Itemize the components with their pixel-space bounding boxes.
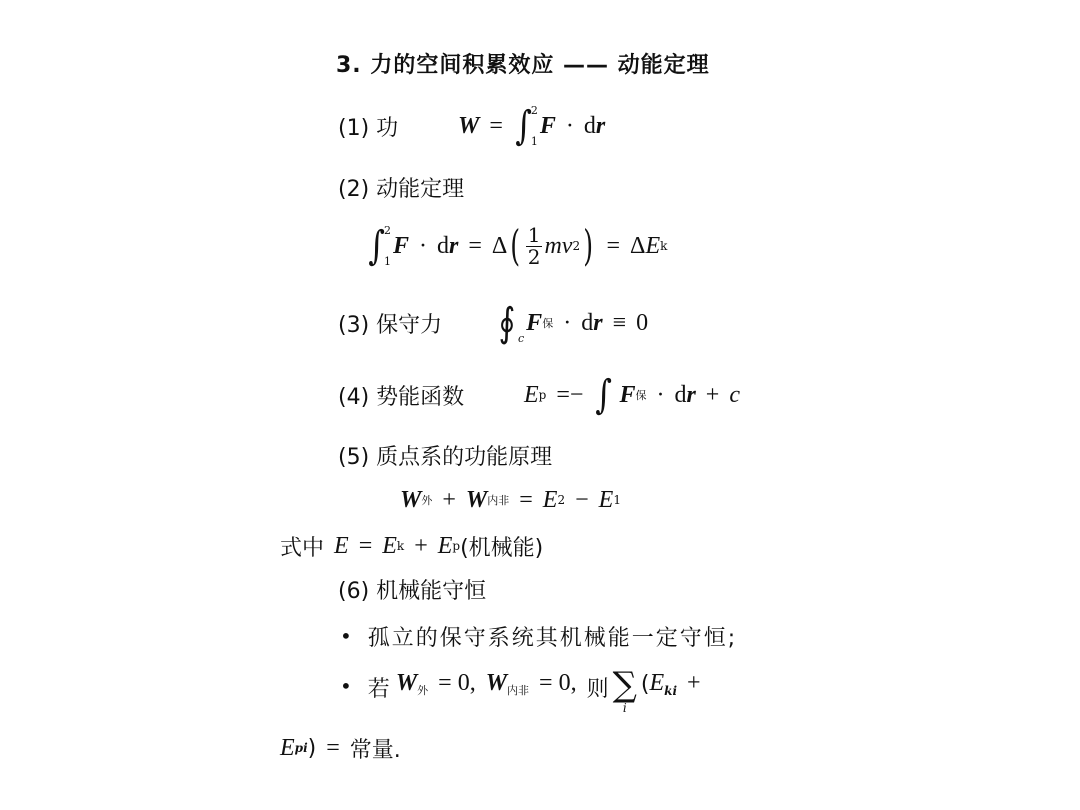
bullet-item: • 若 W外 = 0, W内非 = 0, 则 ∑ i ( Eki + [340, 668, 711, 728]
item-potential-energy: (4) 势能函数 Ep =− ∫ F保 · d r + c [338, 368, 740, 422]
plus-sign: + [442, 487, 456, 514]
constant-c: c [729, 382, 740, 409]
equals-sign: = [468, 233, 482, 260]
item-label: (1) 功 [338, 111, 458, 142]
var-W: W [486, 670, 507, 697]
sigma-icon: ∑ [613, 668, 637, 702]
var-E: E [382, 533, 397, 560]
var-W: W [396, 670, 417, 697]
bullet-text: 孤立的保守系统其机械能一定守恒; [368, 621, 737, 652]
equals-sign: = [606, 233, 620, 260]
var-E: E [599, 487, 614, 514]
integral-icon: ∫ [368, 226, 386, 266]
item-conservative-force: (3) 保守力 ∮ c F保 · d r ≡ 0 [338, 296, 648, 350]
numerator: 1 [526, 225, 543, 247]
text-then: 则 [587, 672, 609, 703]
vector-r: r [449, 233, 458, 260]
equals-sign: = [359, 533, 373, 560]
dot-operator: · [419, 233, 427, 260]
delta-symbol: Δ [492, 233, 507, 260]
item-label: (3) 保守力 [338, 308, 496, 339]
right-paren: ) [583, 225, 593, 267]
subscript-pi: pi [295, 741, 308, 755]
var-mv: mv [544, 233, 572, 260]
note-prefix: 式中 [280, 531, 324, 562]
subscript-conservative: 保 [542, 315, 553, 331]
var-E: E [649, 670, 664, 697]
subscript-1: 1 [613, 493, 621, 507]
bullet-continuation: Epi ) = 常量. [280, 730, 401, 766]
exponent: 2 [572, 239, 580, 253]
right-paren: ) [308, 736, 317, 761]
sum-index: i [623, 702, 627, 714]
differential-d: d [581, 310, 593, 337]
delta-symbol: Δ [630, 233, 645, 260]
equals-zero: = 0, [438, 670, 476, 697]
var-E: E [334, 533, 349, 560]
dot-operator: · [563, 310, 571, 337]
left-paren: ( [511, 225, 521, 267]
subscript-p: p [539, 388, 547, 402]
identical-sign: ≡ [613, 310, 627, 337]
vector-F: F [393, 233, 409, 260]
equals-minus: =− [556, 382, 583, 409]
equals-zero: = 0, [539, 670, 577, 697]
summation: ∑ i [613, 668, 637, 714]
equals-sign: = [489, 113, 503, 140]
zero: 0 [636, 310, 648, 337]
differential-d: d [674, 382, 686, 409]
vector-F: F [540, 113, 556, 140]
text-if: 若 [368, 672, 390, 703]
var-E: E [645, 233, 660, 260]
dot-operator: · [656, 382, 664, 409]
dot-operator: · [566, 113, 574, 140]
subscript-conservative: 保 [635, 387, 646, 403]
var-E: E [543, 487, 558, 514]
subscript-ki: ki [664, 684, 677, 698]
plus-sign: + [706, 382, 720, 409]
subscript-k: k [660, 239, 667, 253]
integral-icon: ∫ [596, 375, 614, 415]
subscript-external: 外 [417, 682, 428, 698]
bullet-icon: • [340, 624, 352, 648]
plus-sign: + [414, 533, 428, 560]
item-work: (1) 功 W = ∫ 2 1 F · d r [338, 100, 605, 152]
formula-work-energy: W外 + W内非 = E2 − E1 [400, 482, 621, 518]
var-E: E [524, 382, 539, 409]
item-label: (2) 动能定理 [338, 172, 464, 203]
subscript-internal-nonconservative: 内非 [487, 492, 509, 508]
subscript-2: 2 [557, 493, 565, 507]
note-mechanical-energy: 式中 E = Ek + Ep (机械能) [280, 528, 543, 564]
integral-icon: ∫ [515, 106, 533, 146]
var-E: E [280, 735, 295, 762]
vector-r: r [593, 310, 602, 337]
var-E: E [438, 533, 453, 560]
minus-sign: − [575, 487, 589, 514]
vector-r: r [596, 113, 605, 140]
item-label: (5) 质点系的功能原理 [338, 440, 552, 471]
item-label: (4) 势能函数 [338, 380, 524, 411]
var-W: W [466, 487, 487, 514]
denominator: 2 [528, 247, 541, 268]
plus-sign: + [687, 670, 701, 697]
var-W: W [458, 113, 479, 140]
vector-F: F [526, 310, 542, 337]
subscript-p: p [452, 539, 460, 553]
formula-kinetic-theorem: ∫ 2 1 F · d r = Δ ( 1 2 mv2 ) = Δ Ek [366, 218, 667, 274]
differential-d: d [584, 113, 596, 140]
text-constant: 常量. [350, 733, 401, 764]
equals-sign: = [519, 487, 533, 514]
bullet-item: • 孤立的保守系统其机械能一定守恒; [340, 618, 737, 654]
contour-integral-icon: ∮ [499, 303, 520, 343]
vector-F: F [619, 382, 635, 409]
equals-sign: = [326, 735, 340, 762]
note-suffix: (机械能) [460, 531, 543, 562]
subscript-k: k [397, 539, 404, 553]
differential-d: d [437, 233, 449, 260]
subscript-internal-nonconservative: 内非 [507, 682, 529, 698]
section-title: 3. 力的空间积累效应 —— 动能定理 [336, 48, 710, 79]
subscript-external: 外 [421, 492, 432, 508]
fraction-half: 1 2 [526, 225, 543, 268]
var-W: W [400, 487, 421, 514]
vector-r: r [686, 382, 695, 409]
bullet-icon: • [340, 674, 352, 698]
item-label: (6) 机械能守恒 [338, 574, 486, 605]
